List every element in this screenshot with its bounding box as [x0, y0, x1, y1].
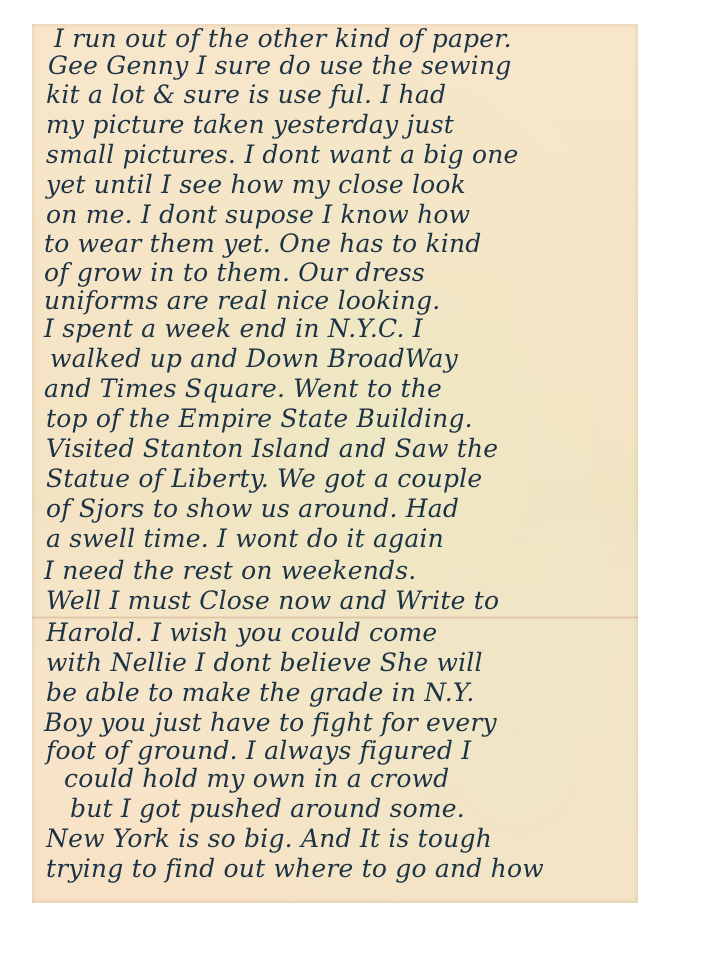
letter-line-28: New York is so big. And It is tough — [46, 824, 492, 854]
letter-line-26: could hold my own in a crowd — [64, 764, 449, 794]
letter-line-21: Harold. I wish you could come — [46, 618, 437, 648]
letter-line-19: I need the rest on weekends. — [44, 556, 416, 586]
letter-line-23: be able to make the grade in N.Y. — [46, 678, 475, 708]
letter-line-9: of grow in to them. Our dress — [44, 258, 425, 288]
letter-line-25: foot of ground. I always figured I — [46, 736, 471, 766]
letter-line-15: Visited Stanton Island and Saw the — [46, 434, 498, 464]
letter-line-13: and Times Square. Went to the — [44, 374, 442, 404]
letter-line-2: Gee Genny I sure do use the sewing — [48, 51, 511, 81]
letter-line-29: trying to find out where to go and how — [46, 854, 544, 884]
letter-line-18: a swell time. I wont do it again — [46, 524, 444, 554]
letter-line-1: I run out of the other kind of paper. — [54, 24, 512, 54]
letter-line-7: on me. I dont supose I know how — [46, 200, 470, 230]
letter-line-27: but I got pushed around some. — [70, 794, 465, 824]
letter-line-12: walked up and Down BroadWay — [50, 344, 458, 374]
letter-page: I run out of the other kind of paper. Ge… — [32, 24, 638, 903]
letter-line-8: to wear them yet. One has to kind — [44, 229, 482, 259]
letter-line-11: I spent a week end in N.Y.C. I — [44, 314, 423, 344]
letter-line-14: top of the Empire State Building. — [46, 404, 473, 434]
letter-line-20: Well I must Close now and Write to — [46, 586, 499, 616]
letter-line-10: uniforms are real nice looking. — [44, 286, 440, 316]
letter-line-6: yet until I see how my close look — [46, 170, 466, 200]
letter-line-24: Boy you just have to fight for every — [44, 708, 497, 738]
letter-line-16: Statue of Liberty. We got a couple — [46, 464, 482, 494]
letter-line-5: small pictures. I dont want a big one — [46, 140, 519, 170]
letter-line-4: my picture taken yesterday just — [46, 110, 454, 140]
letter-line-17: of Sjors to show us around. Had — [46, 494, 459, 524]
letter-line-22: with Nellie I dont believe She will — [46, 648, 483, 678]
letter-line-3: kit a lot & sure is use ful. I had — [46, 80, 446, 110]
